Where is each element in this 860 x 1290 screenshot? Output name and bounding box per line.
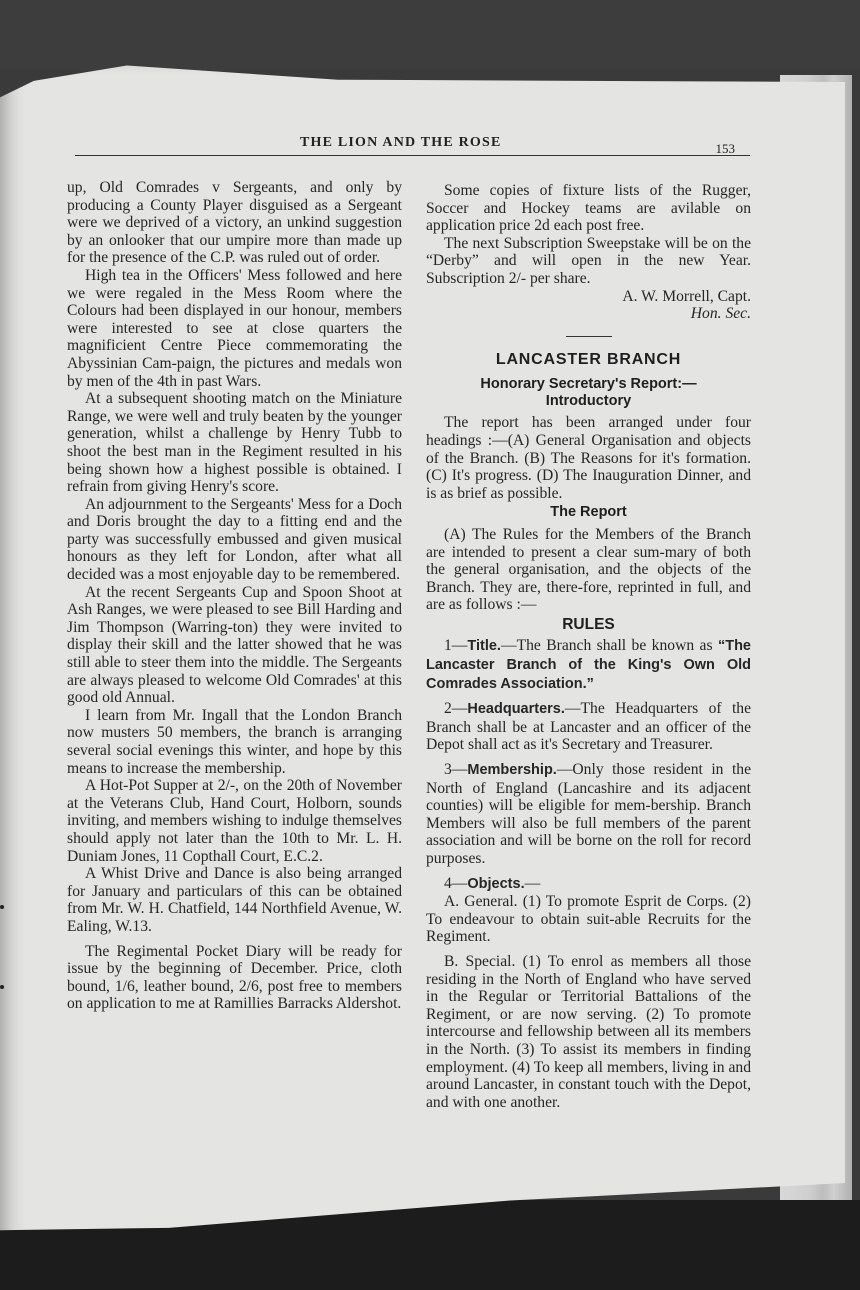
rule-lead: Objects.	[467, 876, 524, 892]
paragraph: The Regimental Pocket Diary will be read…	[67, 943, 402, 1013]
paragraph: An adjournment to the Sergeants' Mess fo…	[67, 496, 402, 584]
rule-item: 4—Objects.—	[426, 875, 751, 894]
rule-lead: Headquarters.	[467, 701, 565, 717]
rule-text: —The Branch shall be known as	[501, 637, 718, 654]
rule-number: 4—	[444, 875, 467, 892]
rules-heading: RULES	[426, 616, 751, 634]
rule-text: —	[525, 875, 541, 892]
report-heading: The Report	[426, 504, 751, 522]
rule-number: 3—	[444, 761, 467, 778]
paragraph: A Whist Drive and Dance is also being ar…	[67, 865, 402, 935]
paragraph: A Hot-Pot Supper at 2/-, on the 20th of …	[67, 777, 402, 865]
paragraph: Some copies of fixture lists of the Rugg…	[426, 182, 751, 235]
running-title: THE LION AND THE ROSE	[300, 135, 502, 151]
rule-item: 1—Title.—The Branch shall be known as “T…	[426, 637, 751, 693]
subtitle-line: Introductory	[426, 393, 751, 410]
binding-mark	[0, 985, 4, 989]
header-rule	[75, 155, 750, 156]
right-column: Some copies of fixture lists of the Rugg…	[426, 182, 751, 1111]
rule-item: 2—Headquarters.—The Headquarters of the …	[426, 700, 751, 754]
rule-lead: Membership.	[467, 762, 556, 778]
subtitle: Honorary Secretary's Report:— Introducto…	[426, 376, 751, 410]
section-separator	[566, 336, 612, 337]
binding-mark	[0, 905, 4, 909]
subtitle-line: Honorary Secretary's Report:—	[426, 376, 751, 393]
paragraph: At a subsequent shooting match on the Mi…	[67, 390, 402, 496]
paragraph: up, Old Comrades v Sergeants, and only b…	[67, 179, 402, 267]
paragraph: A. General. (1) To promote Esprit de Cor…	[426, 893, 751, 946]
paragraph: (A) The Rules for the Members of the Bra…	[426, 526, 751, 614]
paragraph: B. Special. (1) To enrol as members all …	[426, 953, 751, 1111]
rule-number: 2—	[444, 700, 467, 717]
rule-number: 1—	[444, 637, 467, 654]
paragraph: I learn from Mr. Ingall that the London …	[67, 707, 402, 777]
signature-name: A. W. Morrell, Capt.	[426, 288, 751, 306]
background-top	[0, 0, 860, 70]
rule-item: 3—Membership.—Only those resident in the…	[426, 761, 751, 868]
section-title: LANCASTER BRANCH	[426, 351, 751, 369]
running-header: THE LION AND THE ROSE 153	[75, 133, 750, 159]
paragraph: At the recent Sergeants Cup and Spoon Sh…	[67, 584, 402, 707]
paragraph: The next Subscription Sweepstake will be…	[426, 235, 751, 288]
paragraph: High tea in the Officers' Mess followed …	[67, 267, 402, 390]
signature-title: Hon. Sec.	[426, 305, 751, 323]
left-column: up, Old Comrades v Sergeants, and only b…	[67, 179, 402, 1013]
rule-lead: Title.	[467, 638, 501, 654]
paragraph: The report has been arranged under four …	[426, 414, 751, 502]
